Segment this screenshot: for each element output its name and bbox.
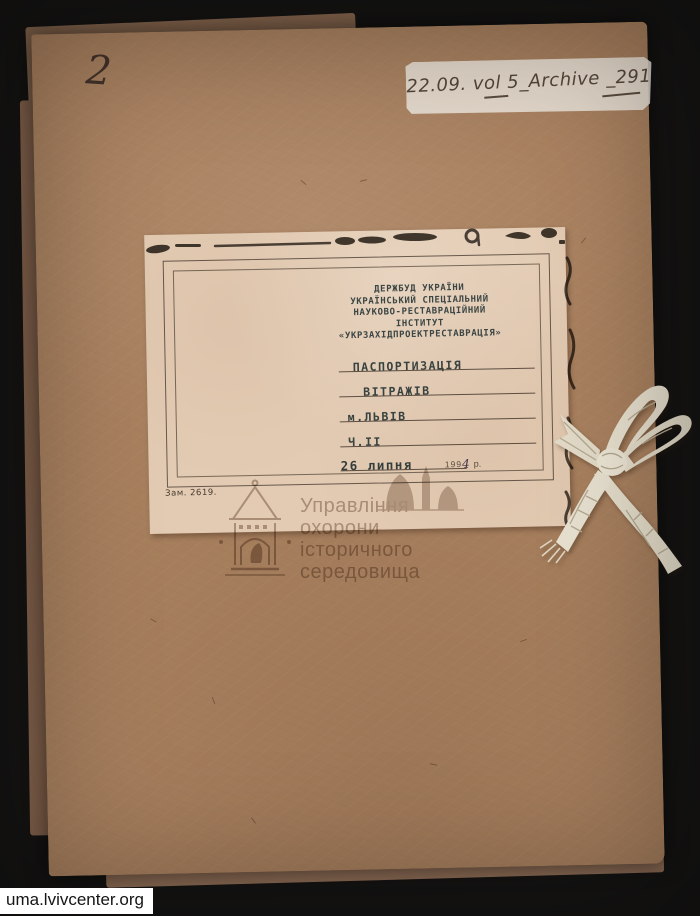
ribbon-wing — [554, 414, 600, 468]
ribbon-tail-right — [594, 472, 682, 574]
site-watermark: uma.lvivcenter.org — [0, 888, 153, 914]
ribbon-bow — [538, 370, 700, 585]
ribbon-knot — [597, 448, 627, 476]
heritage-office-watermark: Управління охорони історичного середовищ… — [208, 458, 490, 590]
ribbon-tail-left — [556, 470, 612, 552]
watermark-line: історичного — [300, 539, 413, 561]
archive-folder-photo: 2 22.09. vol 5_Archive _291 ДЕРЖБУД УКРА… — [0, 0, 700, 916]
watermark-line: Управління — [300, 495, 409, 517]
watermark-line: середовища — [300, 561, 420, 583]
watermark-text: Управління охорони історичного середовищ… — [300, 495, 420, 583]
tower-logo-icon-details — [219, 525, 291, 563]
watermark-line: охорони — [300, 517, 380, 539]
